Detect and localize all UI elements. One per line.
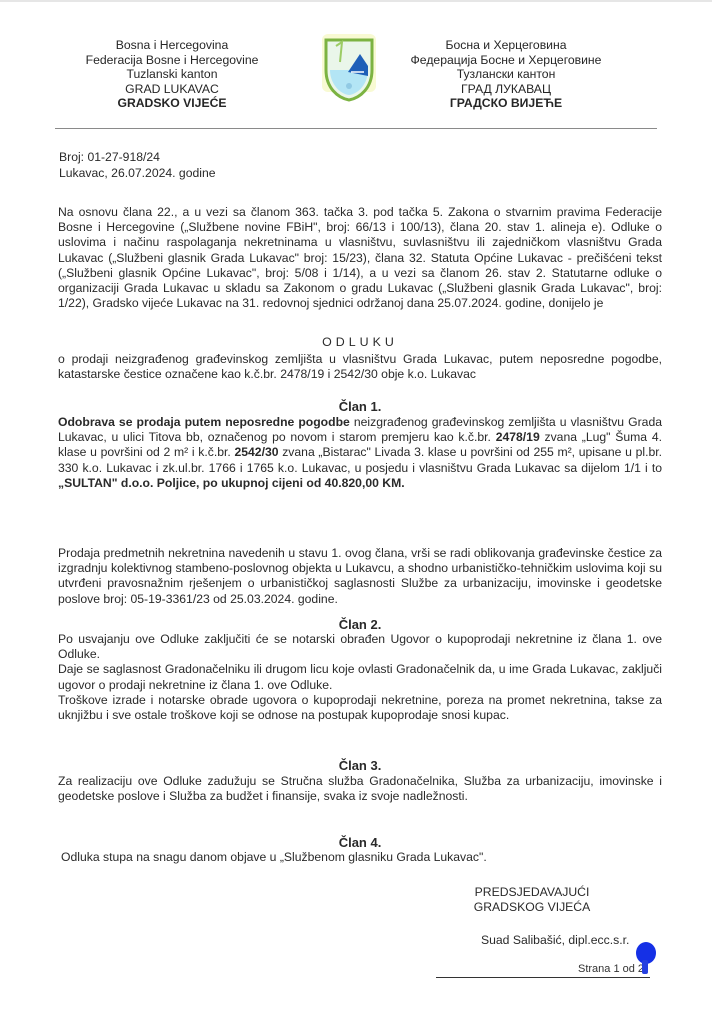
article-1-paragraph-1: Odobrava se prodaja putem neposredne pog… xyxy=(58,415,662,491)
article-1-lead: Odobrava se prodaja putem neposredne pog… xyxy=(58,415,350,429)
article-4-body: Odluka stupa na snagu danom objave u „Sl… xyxy=(61,850,665,865)
header-country: Bosna i Hercegovina xyxy=(62,38,282,53)
article-4-heading: Član 4. xyxy=(58,835,662,850)
text-selection-handle[interactable] xyxy=(642,960,648,974)
city-coat-of-arms-icon xyxy=(318,32,380,102)
article-2-paragraph: Po usvajanju ove Odluke zaključiti će se… xyxy=(58,632,662,662)
article-1-paragraph-2: Prodaja predmetnih nekretnina navedenih … xyxy=(58,546,662,607)
header-city: GRAD LUKAVAC xyxy=(62,82,282,97)
signature-title: PREDSJEDAVAJUĆI GRADSKOG VIJEĆA xyxy=(466,885,598,914)
header-canton-cyr: Тузлански кантон xyxy=(396,67,616,82)
header-divider xyxy=(55,128,657,129)
article-2-paragraph: Troškove izrade i notarske obrade ugovor… xyxy=(58,693,662,723)
signature-title-line: GRADSKOG VIJEĆA xyxy=(466,900,598,915)
article-1-heading: Član 1. xyxy=(58,399,662,414)
header-council-cyr: ГРАДСКО ВИЈЕЋЕ xyxy=(396,96,616,111)
decision-title: ODLUKU xyxy=(58,335,662,349)
signature-title-line: PREDSJEDAVAJUĆI xyxy=(466,885,598,900)
buyer-and-price: „SULTAN" d.o.o. Poljice, po ukupnoj cije… xyxy=(58,476,405,490)
header-city-cyr: ГРАД ЛУКАВАЦ xyxy=(396,82,616,97)
preamble: Na osnovu člana 22., a u vezi sa članom … xyxy=(58,205,662,311)
header-cyrillic: Босна и Херцеговина Федерација Босне и Х… xyxy=(396,38,616,111)
article-2-paragraph: Daje se saglasnost Gradonačelniku ili dr… xyxy=(58,662,662,692)
header-council: GRADSKO VIJEĆE xyxy=(62,96,282,111)
header-federation: Federacija Bosne i Hercegovine xyxy=(62,53,282,68)
header-latin: Bosna i Hercegovina Federacija Bosne i H… xyxy=(62,38,282,111)
article-2-heading: Član 2. xyxy=(58,617,662,632)
header-country-cyr: Босна и Херцеговина xyxy=(396,38,616,53)
top-border xyxy=(0,0,712,2)
footer-divider xyxy=(436,977,650,978)
parcel-number: 2542/30 xyxy=(234,445,278,459)
document-meta: Broj: 01-27-918/24 Lukavac, 26.07.2024. … xyxy=(59,150,216,181)
page-number: Strana 1 od 2 xyxy=(578,963,644,975)
article-3-body: Za realizaciju ove Odluke zadužuju se St… xyxy=(58,774,662,804)
signatory-name: Suad Salibašić, dipl.ecc.s.r. xyxy=(481,933,629,947)
parcel-number: 2478/19 xyxy=(496,430,540,444)
article-3-heading: Član 3. xyxy=(58,758,662,773)
article-2-body: Po usvajanju ove Odluke zaključiti će se… xyxy=(58,632,662,723)
header-federation-cyr: Федерација Босне и Херцеговине xyxy=(396,53,616,68)
header-canton: Tuzlanski kanton xyxy=(62,67,282,82)
document-place-date: Lukavac, 26.07.2024. godine xyxy=(59,166,216,182)
decision-subtitle: o prodaji neizgrađenog građevinskog zeml… xyxy=(58,352,662,382)
document-number: Broj: 01-27-918/24 xyxy=(59,150,216,166)
